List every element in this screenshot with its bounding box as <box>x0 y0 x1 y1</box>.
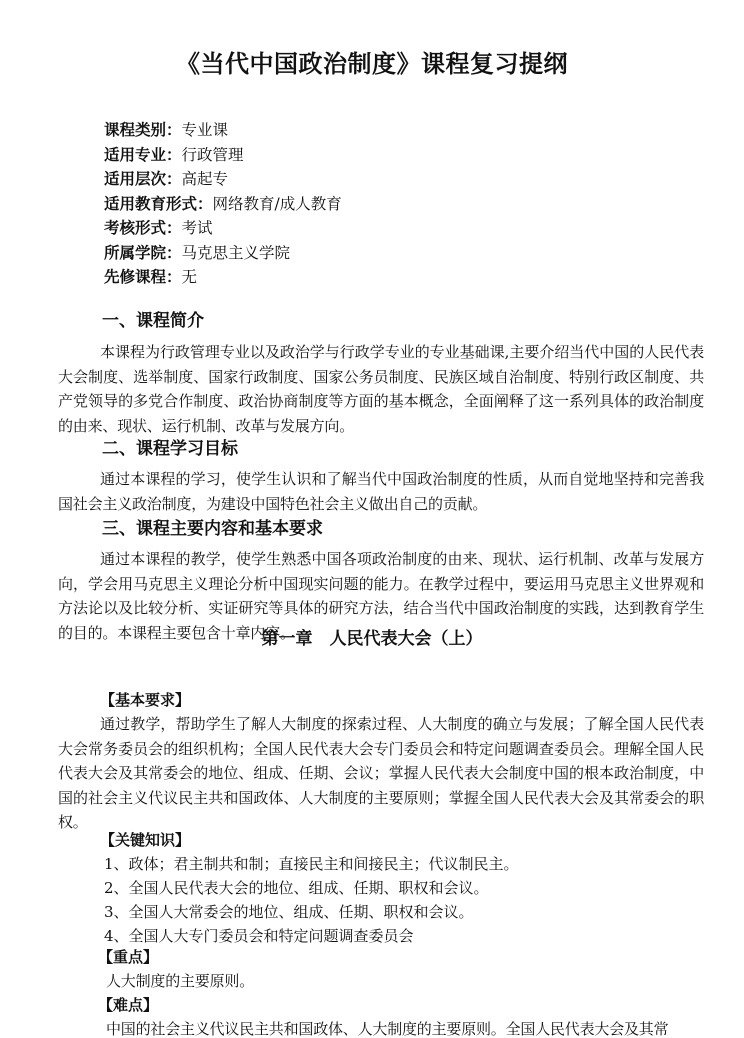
meta-value: 考试 <box>182 219 213 237</box>
key-knowledge-label: 【关键知识】 <box>58 829 704 852</box>
course-meta: 课程类别：专业课 适用专业：行政管理 适用层次：高起专 适用教育形式：网络教育/… <box>104 118 342 290</box>
chapter1-difficulties: 【难点】 中国的社会主义代议民主共和国政体、人大制度的主要原则。全国人民代表大会… <box>58 994 704 1038</box>
meta-college: 所属学院：马克思主义学院 <box>104 241 342 266</box>
document-title: 《当代中国政治制度》课程复习提纲 <box>0 48 744 80</box>
meta-label: 考核形式： <box>104 218 182 237</box>
meta-value: 行政管理 <box>182 146 244 164</box>
meta-assessment-form: 考核形式：考试 <box>104 216 342 241</box>
meta-value: 马克思主义学院 <box>182 244 291 262</box>
meta-value: 高起专 <box>182 170 229 188</box>
meta-education-form: 适用教育形式：网络教育/成人教育 <box>104 192 342 217</box>
chapter-title: 第一章 人民代表大会（上） <box>0 625 744 653</box>
section-course-intro: 一、课程简介 本课程为行政管理专业以及政治学与行政学专业的专业基础课,主要介绍当… <box>58 308 704 438</box>
meta-prerequisite: 先修课程：无 <box>104 265 342 290</box>
basic-requirements-label: 【基本要求】 <box>58 689 704 712</box>
meta-value: 专业课 <box>182 121 229 139</box>
meta-label: 适用专业： <box>104 145 182 164</box>
chapter1-key-knowledge: 【关键知识】 1、政体；君主制共和制；直接民主和间接民主；代议制民主。 2、全国… <box>58 829 704 948</box>
chapter1-key-points: 【重点】 人大制度的主要原则。 <box>58 946 704 993</box>
key-knowledge-item: 1、政体；君主制共和制；直接民主和间接民主；代议制民主。 <box>58 852 704 876</box>
meta-label: 所属学院： <box>104 243 182 262</box>
section-heading: 一、课程简介 <box>58 308 704 334</box>
key-points-label: 【重点】 <box>58 946 704 969</box>
section-body: 本课程为行政管理专业以及政治学与行政学专业的专业基础课,主要介绍当代中国的人民代… <box>58 340 704 438</box>
section-heading: 二、课程学习目标 <box>58 436 704 462</box>
meta-applicable-level: 适用层次：高起专 <box>104 167 342 192</box>
document-page: 《当代中国政治制度》课程复习提纲 课程类别：专业课 适用专业：行政管理 适用层次… <box>0 0 744 1038</box>
meta-course-category: 课程类别：专业课 <box>104 118 342 143</box>
basic-requirements-body: 通过教学，帮助学生了解人大制度的探索过程、人大制度的确立与发展；了解全国人民代表… <box>58 712 704 835</box>
meta-applicable-major: 适用专业：行政管理 <box>104 143 342 168</box>
meta-label: 适用教育形式： <box>104 194 213 213</box>
meta-label: 适用层次： <box>104 169 182 188</box>
difficulties-body: 中国的社会主义代议民主共和国政体、人大制度的主要原则。全国人民代表大会及其常 <box>58 1017 704 1038</box>
chapter1-basic-requirements: 【基本要求】 通过教学，帮助学生了解人大制度的探索过程、人大制度的确立与发展；了… <box>58 689 704 835</box>
key-knowledge-item: 4、全国人大专门委员会和特定问题调查委员会 <box>58 924 704 948</box>
section-heading: 三、课程主要内容和基本要求 <box>58 516 704 542</box>
key-points-body: 人大制度的主要原则。 <box>58 969 704 993</box>
key-knowledge-item: 3、全国人大常委会的地位、组成、任期、职权和会议。 <box>58 900 704 924</box>
section-learning-goals: 二、课程学习目标 通过本课程的学习，使学生认识和了解当代中国政治制度的性质，从而… <box>58 436 704 516</box>
key-knowledge-item: 2、全国人民代表大会的地位、组成、任期、职权和会议。 <box>58 876 704 900</box>
difficulties-label: 【难点】 <box>58 994 704 1017</box>
meta-label: 先修课程： <box>104 267 182 286</box>
meta-label: 课程类别： <box>104 120 182 139</box>
meta-value: 网络教育/成人教育 <box>213 195 342 213</box>
section-body: 通过本课程的学习，使学生认识和了解当代中国政治制度的性质，从而自觉地坚持和完善我… <box>58 467 704 516</box>
meta-value: 无 <box>182 268 198 286</box>
